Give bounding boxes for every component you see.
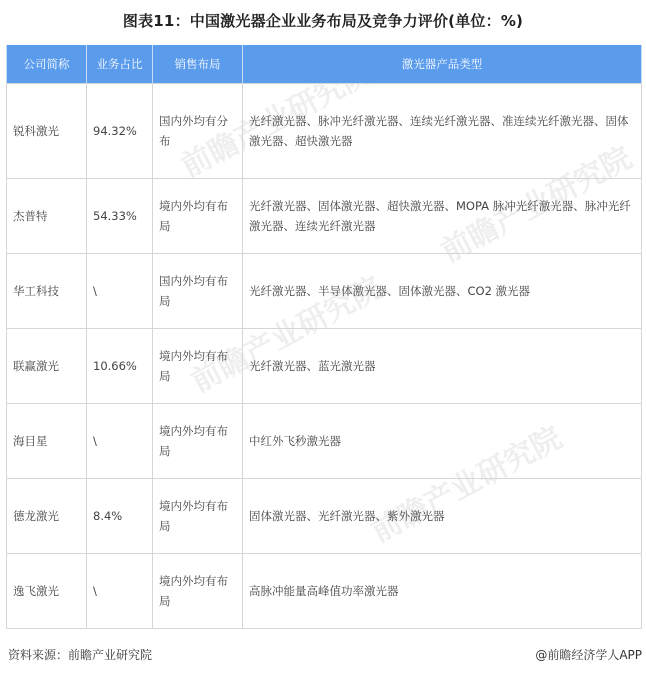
- table-row: 海目星 \ 境内外均有布局 中红外飞秒激光器: [7, 404, 642, 479]
- cell-sales: 境内外均有布局: [153, 329, 243, 404]
- cell-products: 光纤激光器、蓝光激光器: [243, 329, 642, 404]
- cell-products: 光纤激光器、半导体激光器、固体激光器、CO2 激光器: [243, 254, 642, 329]
- cell-share: 94.32%: [87, 84, 153, 179]
- header-company: 公司简称: [7, 45, 87, 84]
- cell-products: 高脉冲能量高峰值功率激光器: [243, 554, 642, 629]
- cell-company: 锐科激光: [7, 84, 87, 179]
- header-products: 激光器产品类型: [243, 45, 642, 84]
- company-table: 公司简称 业务占比 销售布局 激光器产品类型 锐科激光 94.32% 国内外均有…: [6, 45, 642, 629]
- cell-products: 光纤激光器、固体激光器、超快激光器、MOPA 脉冲光纤激光器、脉冲光纤激光器、连…: [243, 179, 642, 254]
- header-share: 业务占比: [87, 45, 153, 84]
- cell-company: 华工科技: [7, 254, 87, 329]
- source-note: 资料来源：前瞻产业研究院: [8, 646, 152, 663]
- table-row: 逸飞激光 \ 境内外均有布局 高脉冲能量高峰值功率激光器: [7, 554, 642, 629]
- cell-sales: 国内外均有布局: [153, 254, 243, 329]
- cell-company: 德龙激光: [7, 479, 87, 554]
- table-row: 杰普特 54.33% 境内外均有布局 光纤激光器、固体激光器、超快激光器、MOP…: [7, 179, 642, 254]
- cell-products: 固体激光器、光纤激光器、紫外激光器: [243, 479, 642, 554]
- cell-company: 杰普特: [7, 179, 87, 254]
- cell-company: 联赢激光: [7, 329, 87, 404]
- table-row: 锐科激光 94.32% 国内外均有分布 光纤激光器、脉冲光纤激光器、连续光纤激光…: [7, 84, 642, 179]
- cell-share: 54.33%: [87, 179, 153, 254]
- cell-sales: 境内外均有布局: [153, 554, 243, 629]
- chart-title: 图表11：中国激光器企业业务布局及竞争力评价(单位：%): [0, 10, 646, 31]
- cell-sales: 国内外均有分布: [153, 84, 243, 179]
- cell-share: \: [87, 554, 153, 629]
- cell-share: \: [87, 254, 153, 329]
- cell-company: 海目星: [7, 404, 87, 479]
- cell-company: 逸飞激光: [7, 554, 87, 629]
- header-sales: 销售布局: [153, 45, 243, 84]
- cell-share: 10.66%: [87, 329, 153, 404]
- credit-note: @前瞻经济学人APP: [535, 646, 642, 663]
- cell-sales: 境内外均有布局: [153, 179, 243, 254]
- table-row: 联赢激光 10.66% 境内外均有布局 光纤激光器、蓝光激光器: [7, 329, 642, 404]
- cell-sales: 境内外均有布局: [153, 404, 243, 479]
- cell-products: 中红外飞秒激光器: [243, 404, 642, 479]
- cell-products: 光纤激光器、脉冲光纤激光器、连续光纤激光器、准连续光纤激光器、固体激光器、超快激…: [243, 84, 642, 179]
- cell-share: \: [87, 404, 153, 479]
- table-row: 华工科技 \ 国内外均有布局 光纤激光器、半导体激光器、固体激光器、CO2 激光…: [7, 254, 642, 329]
- cell-share: 8.4%: [87, 479, 153, 554]
- cell-sales: 境内外均有布局: [153, 479, 243, 554]
- table-header-row: 公司简称 业务占比 销售布局 激光器产品类型: [7, 45, 642, 84]
- table-row: 德龙激光 8.4% 境内外均有布局 固体激光器、光纤激光器、紫外激光器: [7, 479, 642, 554]
